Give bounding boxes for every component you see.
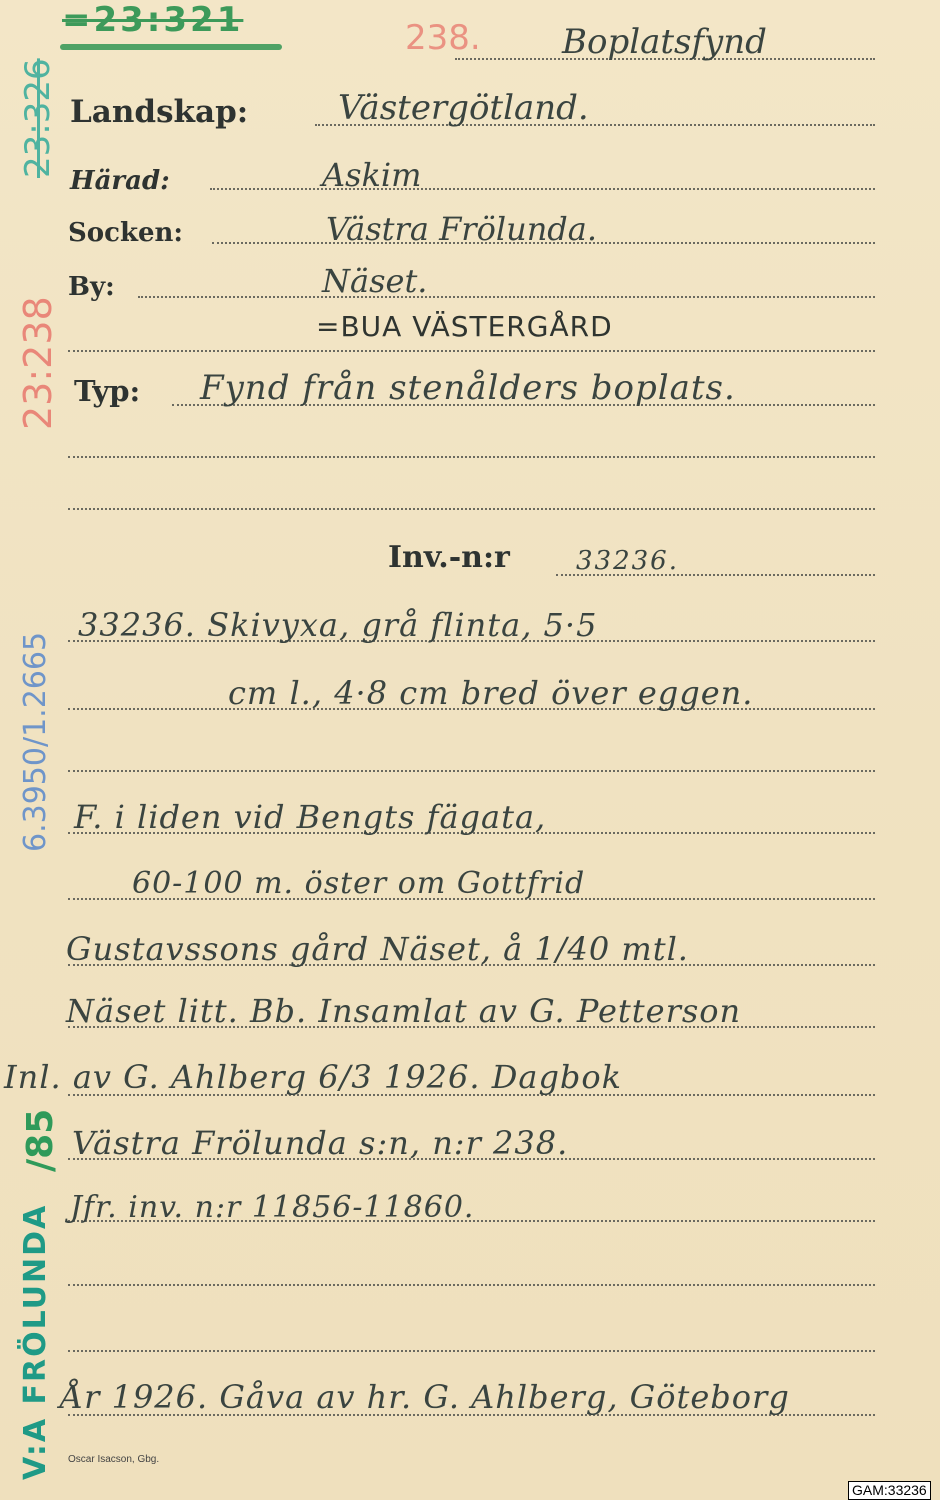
findspot-line-1: F. i liden vid Bengts fägata, bbox=[74, 798, 546, 836]
red-vertical-number: 23:238 bbox=[16, 296, 60, 430]
findspot-line-7: Jfr. inv. n:r 11856-11860. bbox=[70, 1190, 474, 1225]
findspot-line-5: Inl. av G. Ahlberg 6/3 1926. Dagbok bbox=[4, 1058, 622, 1096]
acquisition-line: År 1926. Gåva av hr. G. Ahlberg, Götebor… bbox=[60, 1378, 790, 1416]
description-line-2: cm l., 4·8 cm bred över eggen. bbox=[228, 674, 753, 712]
by-value: Näset. bbox=[322, 262, 427, 300]
blank-line-3 bbox=[68, 770, 875, 772]
printer-imprint: Oscar Isacson, Gbg. bbox=[68, 1454, 159, 1465]
typ-label: Typ: bbox=[74, 374, 140, 408]
green-vertical-stamp: V:A FRÖLUNDA bbox=[18, 1204, 53, 1480]
blank-line-4 bbox=[68, 1284, 875, 1286]
category-value: Boplatsfynd bbox=[562, 22, 767, 62]
red-number-top: 238. bbox=[405, 18, 481, 58]
blue-vertical-number: 6.3950/1.2665 bbox=[18, 632, 53, 852]
blank-line-2 bbox=[68, 508, 875, 510]
top-stamp: =23:321 bbox=[62, 0, 243, 40]
inv-label: Inv.-n:r bbox=[388, 540, 510, 575]
socken-label: Socken: bbox=[68, 218, 183, 248]
stamp-underline bbox=[60, 44, 282, 50]
landskap-label: Landskap: bbox=[70, 94, 248, 130]
catalog-card: =23:321 238. Boplatsfynd Landskap: Väste… bbox=[0, 0, 940, 1500]
blank-line-5 bbox=[68, 1350, 875, 1352]
harad-line bbox=[210, 188, 875, 190]
by-note: =BUA VÄSTERGÅRD bbox=[316, 310, 613, 343]
harad-label: Härad: bbox=[70, 166, 170, 196]
landskap-value: Västergötland. bbox=[338, 88, 589, 128]
green-vertical-number: /85 bbox=[20, 1109, 61, 1172]
typ-value: Fynd från stenålders boplats. bbox=[200, 368, 736, 408]
socken-value: Västra Frölunda. bbox=[326, 210, 597, 248]
by-note-line bbox=[68, 350, 875, 352]
inv-value: 33236. bbox=[576, 546, 679, 576]
findspot-line-4: Näset litt. Bb. Insamlat av G. Petterson bbox=[66, 992, 741, 1030]
harad-value: Askim bbox=[322, 156, 422, 194]
findspot-line-2: 60-100 m. öster om Gottfrid bbox=[132, 866, 585, 901]
findspot-line-3: Gustavssons gård Näset, å 1/40 mtl. bbox=[66, 930, 689, 968]
by-line bbox=[138, 296, 875, 298]
findspot-line-6: Västra Frölunda s:n, n:r 238. bbox=[72, 1124, 568, 1162]
blank-line-1 bbox=[68, 456, 875, 458]
catalog-id-label: GAM:33236 bbox=[848, 1481, 931, 1500]
teal-crossed-number: 23:326 bbox=[18, 58, 58, 178]
description-line-1: 33236. Skivyxa, grå flinta, 5·5 bbox=[78, 606, 597, 644]
by-label: By: bbox=[68, 272, 115, 302]
